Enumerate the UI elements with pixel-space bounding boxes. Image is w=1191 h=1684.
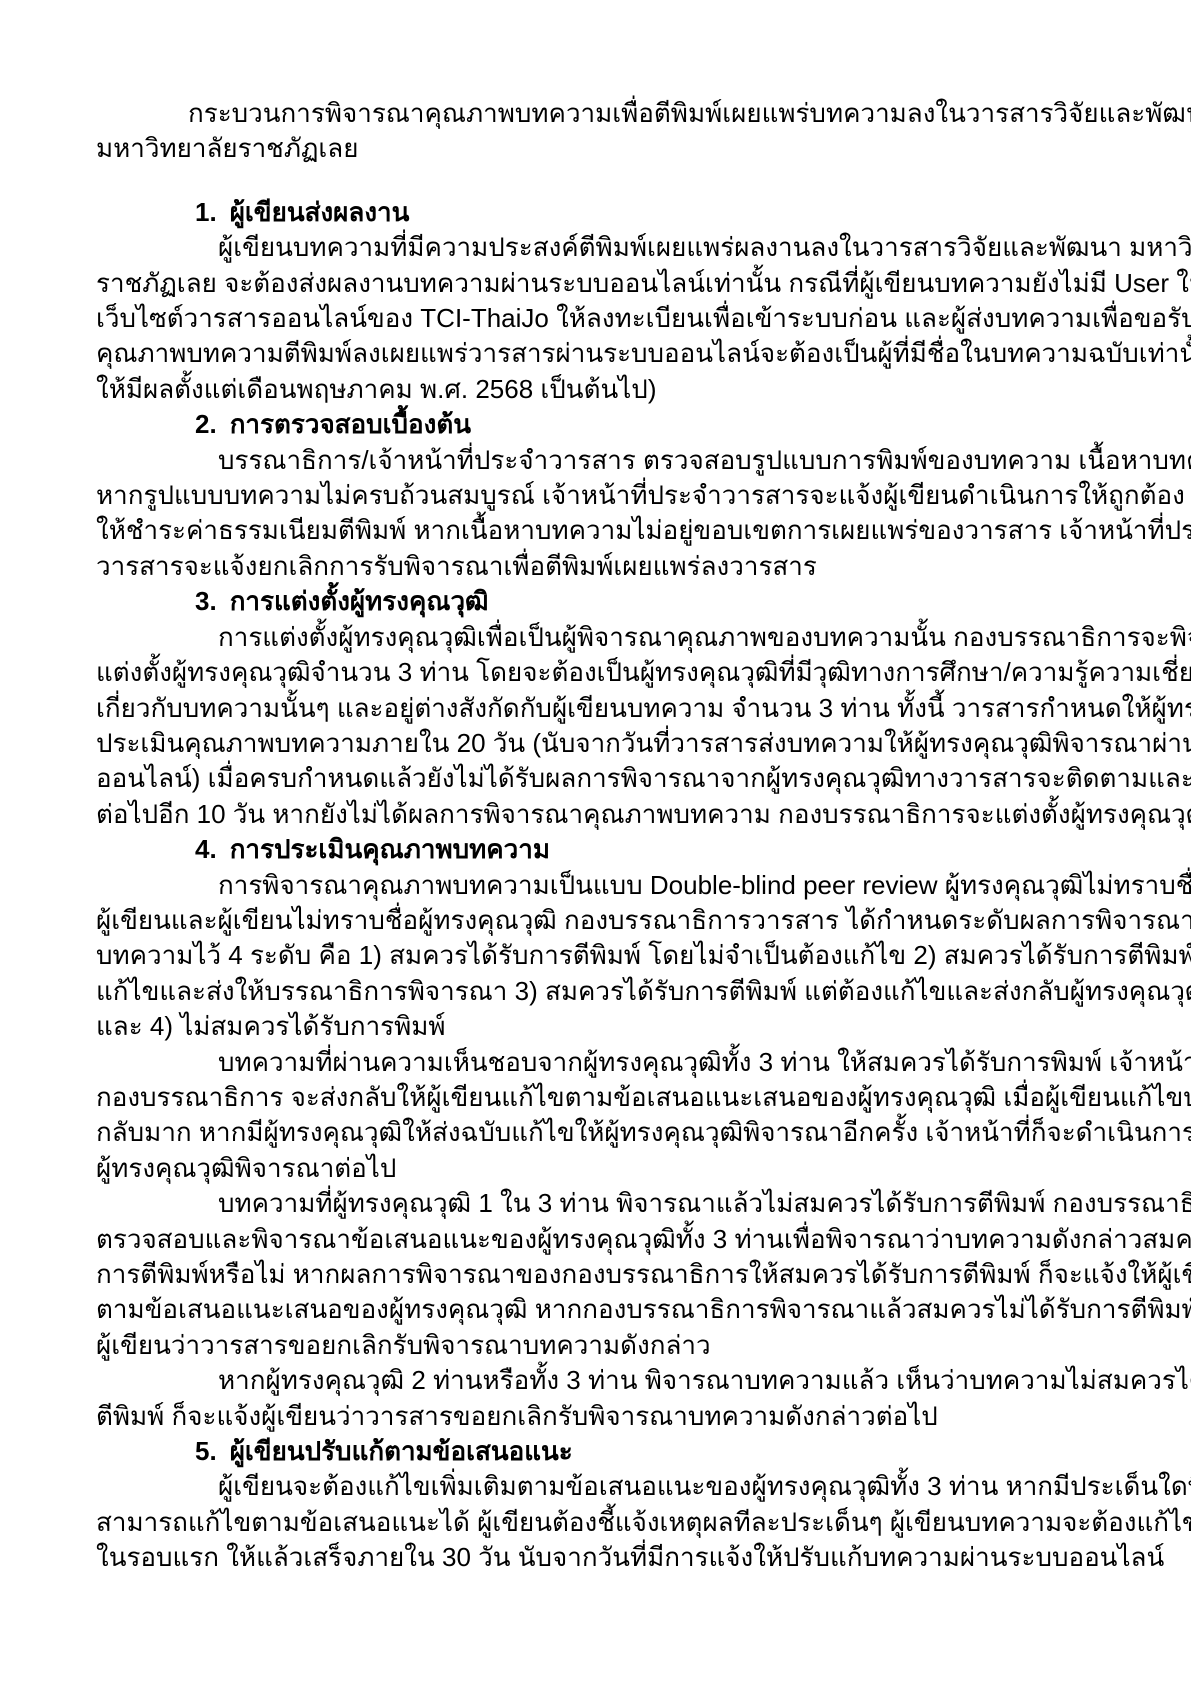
section-heading-label: การตรวจสอบเบื้องต้น xyxy=(230,409,471,439)
text-line: บรรณาธิการ/เจ้าหน้าที่ประจำวารสาร ตรวจสอ… xyxy=(96,443,1093,478)
paragraph: หากผู้ทรงคุณวุฒิ 2 ท่านหรือทั้ง 3 ท่าน พ… xyxy=(96,1363,1093,1434)
paragraph: บทความที่ผ่านความเห็นชอบจากผู้ทรงคุณวุฒิ… xyxy=(96,1045,1093,1187)
text-line: วารสารจะแจ้งยกเลิกการรับพิจารณาเพื่อตีพิ… xyxy=(96,549,1093,584)
text-line: ผู้ทรงคุณวุฒิพิจารณาต่อไป xyxy=(96,1151,1093,1186)
paragraph: ผู้เขียนจะต้องแก้ไขเพิ่มเติมตามข้อเสนอแน… xyxy=(96,1469,1093,1575)
text-line: ผู้เขียนจะต้องแก้ไขเพิ่มเติมตามข้อเสนอแน… xyxy=(96,1469,1093,1504)
text-line: บทความที่ผู้ทรงคุณวุฒิ 1 ใน 3 ท่าน พิจาร… xyxy=(96,1186,1093,1221)
section-number: 3. xyxy=(195,586,217,616)
text-line: บทความที่ผ่านความเห็นชอบจากผู้ทรงคุณวุฒิ… xyxy=(96,1045,1093,1080)
section-heading-label: การแต่งตั้งผู้ทรงคุณวุฒิ xyxy=(230,586,489,616)
text-line: ผู้เขียนบทความที่มีความประสงค์ตีพิมพ์เผย… xyxy=(96,230,1093,265)
text-line: ตามข้อเสนอแนะเสนอของผู้ทรงคุณวุฒิ หากกอง… xyxy=(96,1292,1093,1327)
section-heading: 4.การประเมินคุณภาพบทความ xyxy=(96,832,1093,867)
text-line: หากผู้ทรงคุณวุฒิ 2 ท่านหรือทั้ง 3 ท่าน พ… xyxy=(96,1363,1093,1398)
text-line: กระบวนการพิจารณาคุณภาพบทความเพื่อตีพิมพ์… xyxy=(96,96,1093,131)
paragraph: ผู้เขียนบทความที่มีความประสงค์ตีพิมพ์เผย… xyxy=(96,230,1093,407)
section-heading: 3.การแต่งตั้งผู้ทรงคุณวุฒิ xyxy=(96,584,1093,619)
text-line: ต่อไปอีก 10 วัน หากยังไม่ได้ผลการพิจารณา… xyxy=(96,797,1093,832)
section-number: 2. xyxy=(195,409,217,439)
section-number: 4. xyxy=(195,834,217,864)
text-line: เว็บไซต์วารสารออนไลน์ของ TCI-ThaiJo ให้ล… xyxy=(96,301,1093,336)
section-heading-label: ผู้เขียนปรับแก้ตามข้อเสนอแนะ xyxy=(230,1436,573,1466)
section-heading: 2.การตรวจสอบเบื้องต้น xyxy=(96,407,1093,442)
text-line: การแต่งตั้งผู้ทรงคุณวุฒิเพื่อเป็นผู้พิจา… xyxy=(96,620,1093,655)
paragraph: บรรณาธิการ/เจ้าหน้าที่ประจำวารสาร ตรวจสอ… xyxy=(96,443,1093,585)
section-heading-label: การประเมินคุณภาพบทความ xyxy=(230,834,550,864)
text-line: ผู้เขียนและผู้เขียนไม่ทราบชื่อผู้ทรงคุณว… xyxy=(96,903,1093,938)
section-number: 5. xyxy=(195,1436,217,1466)
text-line: ให้มีผลตั้งแต่เดือนพฤษภาคม พ.ศ. 2568 เป็… xyxy=(96,372,1093,407)
text-line: การตีพิมพ์หรือไม่ หากผลการพิจารณาของกองบ… xyxy=(96,1257,1093,1292)
text-line: บทความไว้ 4 ระดับ คือ 1) สมควรได้รับการต… xyxy=(96,938,1093,973)
text-line: ประเมินคุณภาพบทความภายใน 20 วัน (นับจากว… xyxy=(96,726,1093,761)
text-line: แก้ไขและส่งให้บรรณาธิการพิจารณา 3) สมควร… xyxy=(96,974,1093,1009)
text-line: การพิจารณาคุณภาพบทความเป็นแบบ Double-bli… xyxy=(96,868,1093,903)
section-number: 1. xyxy=(195,197,217,227)
paragraph: การแต่งตั้งผู้ทรงคุณวุฒิเพื่อเป็นผู้พิจา… xyxy=(96,620,1093,832)
section-heading: 1.ผู้เขียนส่งผลงาน xyxy=(96,195,1093,230)
text-line: หากรูปแบบบทความไม่ครบถ้วนสมบูรณ์ เจ้าหน้… xyxy=(96,478,1093,513)
text-line: แต่งตั้งผู้ทรงคุณวุฒิจำนวน 3 ท่าน โดยจะต… xyxy=(96,655,1093,690)
paragraph: บทความที่ผู้ทรงคุณวุฒิ 1 ใน 3 ท่าน พิจาร… xyxy=(96,1186,1093,1363)
document-title: กระบวนการพิจารณาคุณภาพบทความเพื่อตีพิมพ์… xyxy=(96,96,1093,167)
section-heading: 5.ผู้เขียนปรับแก้ตามข้อเสนอแนะ xyxy=(96,1434,1093,1469)
text-line: ตีพิมพ์ ก็จะแจ้งผู้เขียนว่าวารสารขอยกเลิ… xyxy=(96,1399,1093,1434)
text-line: ออนไลน์) เมื่อครบกำหนดแล้วยังไม่ได้รับผล… xyxy=(96,761,1093,796)
text-line: ตรวจสอบและพิจารณาข้อเสนอแนะของผู้ทรงคุณว… xyxy=(96,1222,1093,1257)
text-line: และ 4) ไม่สมควรได้รับการพิมพ์ xyxy=(96,1009,1093,1044)
text-line: กองบรรณาธิการ จะส่งกลับให้ผู้เขียนแก้ไขต… xyxy=(96,1080,1093,1115)
text-line: เกี่ยวกับบทความนั้นๆ และอยู่ต่างสังกัดกั… xyxy=(96,691,1093,726)
section-heading-label: ผู้เขียนส่งผลงาน xyxy=(230,197,410,227)
text-line: ราชภัฏเลย จะต้องส่งผลงานบทความผ่านระบบออ… xyxy=(96,266,1093,301)
text-line: สามารถแก้ไขตามข้อเสนอแนะได้ ผู้เขียนต้อง… xyxy=(96,1505,1093,1540)
text-line: ผู้เขียนว่าวารสารขอยกเลิกรับพิจารณาบทควา… xyxy=(96,1328,1093,1363)
text-line: กลับมาก หากมีผู้ทรงคุณวุฒิให้ส่งฉบับแก้ไ… xyxy=(96,1115,1093,1150)
text-line: ในรอบแรก ให้แล้วเสร็จภายใน 30 วัน นับจาก… xyxy=(96,1540,1093,1575)
document-page: กระบวนการพิจารณาคุณภาพบทความเพื่อตีพิมพ์… xyxy=(0,0,1191,1684)
text-line: คุณภาพบทความตีพิมพ์ลงเผยแพร่วารสารผ่านระ… xyxy=(96,336,1093,371)
paragraph: การพิจารณาคุณภาพบทความเป็นแบบ Double-bli… xyxy=(96,868,1093,1045)
text-line: มหาวิทยาลัยราชภัฏเลย xyxy=(96,131,1093,166)
text-line: ให้ชำระค่าธรรมเนียมตีพิมพ์ หากเนื้อหาบทค… xyxy=(96,513,1093,548)
